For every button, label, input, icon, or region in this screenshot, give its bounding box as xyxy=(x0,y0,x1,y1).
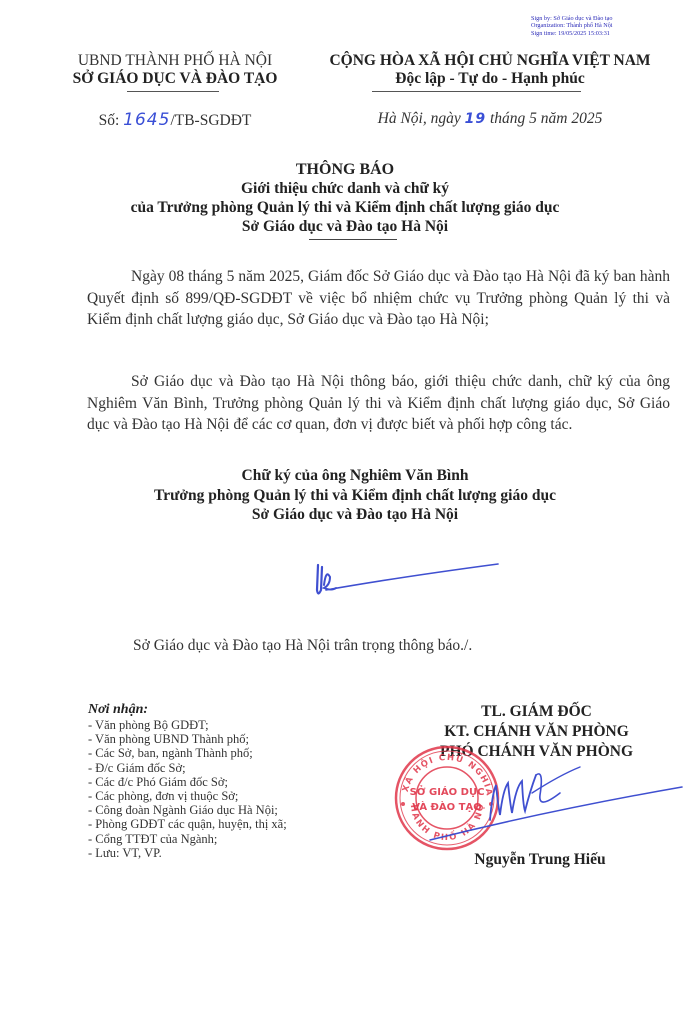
caption-line: Trưởng phòng Quản lý thi và Kiểm định ch… xyxy=(60,486,650,506)
document-date: Hà Nội, ngày 19 tháng 5 năm 2025 xyxy=(300,110,680,128)
recipient-item: - Văn phòng UBND Thành phố; xyxy=(88,732,368,746)
authority-name: UBND THÀNH PHỐ HÀ NỘI xyxy=(60,52,290,70)
date-day-handwritten: 19 xyxy=(465,111,486,127)
body-paragraph-2: Sở Giáo dục và Đào tạo Hà Nội thông báo,… xyxy=(87,371,670,436)
digsig-sign-by: Sign by: Sở Giáo dục và Đào tạo xyxy=(531,15,671,22)
recipient-item: - Phòng GDĐT các quận, huyện, thị xã; xyxy=(88,817,368,831)
signature-sample-caption: Chữ ký của ông Nghiêm Văn Bình Trưởng ph… xyxy=(60,466,650,525)
recipient-item: - Các Sở, ban, ngành Thành phố; xyxy=(88,746,368,760)
digital-signature-info: Sign by: Sở Giáo dục và Đào tạo Organiza… xyxy=(531,15,671,37)
sample-signature-icon xyxy=(310,555,510,605)
recipient-item: - Các đ/c Phó Giám đốc Sở; xyxy=(88,775,368,789)
recipients-list: Nơi nhận: - Văn phòng Bộ GDĐT; - Văn phò… xyxy=(88,702,368,860)
issuing-authority: UBND THÀNH PHỐ HÀ NỘI SỞ GIÁO DỤC VÀ ĐÀO… xyxy=(60,52,290,88)
recipient-item: - Các phòng, đơn vị thuộc Sở; xyxy=(88,789,368,803)
date-prefix: Hà Nội, ngày xyxy=(378,110,465,127)
recipient-item: - Văn phòng Bộ GDĐT; xyxy=(88,718,368,732)
recipients-heading: Nơi nhận: xyxy=(88,702,368,718)
divider xyxy=(309,239,397,240)
department-name: SỞ GIÁO DỤC VÀ ĐÀO TẠO xyxy=(60,70,290,88)
number-handwritten: 1645 xyxy=(123,110,170,130)
closing-statement: Sở Giáo dục và Đào tạo Hà Nội trân trọng… xyxy=(133,637,472,655)
document-number: Số: 1645/TB-SGDĐT xyxy=(60,110,290,130)
signer-name: Nguyễn Trung Hiếu xyxy=(420,851,660,869)
date-suffix: tháng 5 năm 2025 xyxy=(486,110,602,127)
subtitle-line: của Trưởng phòng Quản lý thi và Kiểm địn… xyxy=(60,198,630,217)
document-title: THÔNG BÁO Giới thiệu chức danh và chữ ký… xyxy=(60,160,630,236)
digsig-organization: Organization: Thành phố Hà Nội xyxy=(531,22,671,29)
number-prefix: Số: xyxy=(99,112,124,129)
body-paragraph-1: Ngày 08 tháng 5 năm 2025, Giám đốc Sở Gi… xyxy=(87,266,670,331)
national-heading: CỘNG HÒA XÃ HỘI CHỦ NGHĨA VIỆT NAM Độc l… xyxy=(300,52,680,88)
number-suffix: /TB-SGDĐT xyxy=(170,112,251,129)
subtitle-line: Sở Giáo dục và Đào tạo Hà Nội xyxy=(60,217,630,236)
national-name: CỘNG HÒA XÃ HỘI CHỦ NGHĨA VIỆT NAM xyxy=(300,52,680,70)
recipient-item: - Đ/c Giám đốc Sở; xyxy=(88,761,368,775)
document-type: THÔNG BÁO xyxy=(60,160,630,179)
recipient-item: - Công đoàn Ngành Giáo dục Hà Nội; xyxy=(88,803,368,817)
recipient-item: - Lưu: VT, VP. xyxy=(88,846,368,860)
signer-signature-icon xyxy=(470,765,683,845)
digsig-sign-time: Sign time: 19/05/2025 15:03:31 xyxy=(531,30,671,37)
national-motto: Độc lập - Tự do - Hạnh phúc xyxy=(300,70,680,88)
signer-line: KT. CHÁNH VĂN PHÒNG xyxy=(390,722,683,742)
divider xyxy=(372,91,581,92)
recipient-item: - Cổng TTĐT của Ngành; xyxy=(88,832,368,846)
subtitle-line: Giới thiệu chức danh và chữ ký xyxy=(60,179,630,198)
caption-line: Sở Giáo dục và Đào tạo Hà Nội xyxy=(60,505,650,525)
divider xyxy=(127,91,219,92)
caption-line: Chữ ký của ông Nghiêm Văn Bình xyxy=(60,466,650,486)
signer-line: TL. GIÁM ĐỐC xyxy=(390,702,683,722)
